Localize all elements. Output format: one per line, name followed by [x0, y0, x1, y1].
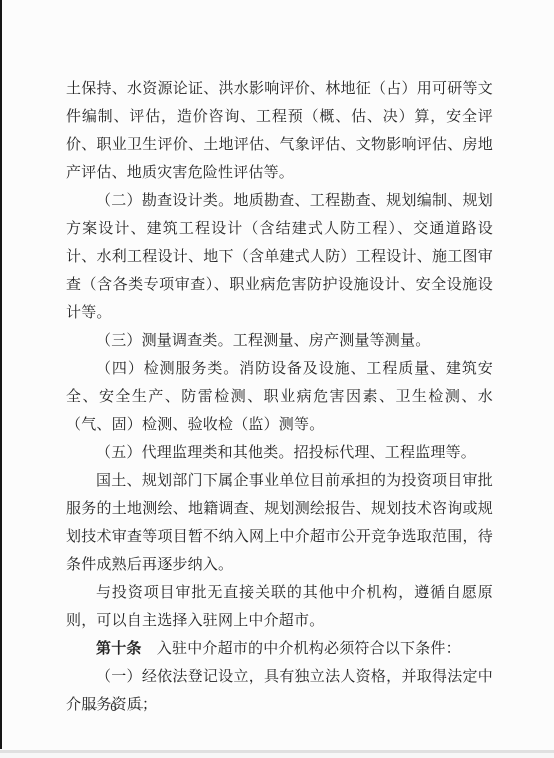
scan-left-edge-line [0, 0, 2, 749]
text-run: 与投资项目审批无直接关联的其他中介机构，遵循自愿原则，可以自主选择入驻网上中介超… [66, 585, 493, 629]
scan-bottom-margin [0, 753, 554, 758]
paragraph: 第十条 入驻中介超市的中介机构必须符合以下条件： [66, 635, 493, 663]
text-run: （五）代理监理类和其他类。招投标代理、工程监理等。 [96, 445, 476, 461]
text-run: 国土、规划部门下属企事业单位目前承担的为投资项目审批服务的土地测绘、地籍调查、规… [66, 473, 493, 573]
paragraph: （四）检测服务类。消防设备及设施、工程质量、建筑安全、安全生产、防雷检测、职业病… [66, 355, 493, 439]
page-number: — 6 — [84, 699, 148, 715]
paragraph: 土保持、水资源论证、洪水影响评价、林地征（占）用可研等文件编制、评估，造价咨询、… [66, 75, 493, 187]
text-run: （四）检测服务类。消防设备及设施、工程质量、建筑安全、安全生产、防雷检测、职业病… [66, 361, 493, 433]
document-body: 土保持、水资源论证、洪水影响评价、林地征（占）用可研等文件编制、评估，造价咨询、… [66, 75, 493, 719]
paragraph: （三）测量调查类。工程测量、房产测量等测量。 [66, 327, 493, 355]
paragraph: 国土、规划部门下属企事业单位目前承担的为投资项目审批服务的土地测绘、地籍调查、规… [66, 467, 493, 579]
paragraph: （五）代理监理类和其他类。招投标代理、工程监理等。 [66, 439, 493, 467]
text-run: （二）勘查设计类。地质勘查、工程勘查、规划编制、规划方案设计、建筑工程设计（含结… [66, 193, 493, 321]
text-run: 土保持、水资源论证、洪水影响评价、林地征（占）用可研等文件编制、评估，造价咨询、… [66, 81, 493, 181]
document-page: 土保持、水资源论证、洪水影响评价、林地征（占）用可研等文件编制、评估，造价咨询、… [0, 0, 554, 758]
text-run: 入驻中介超市的中介机构必须符合以下条件： [142, 641, 461, 657]
paragraph: 与投资项目审批无直接关联的其他中介机构，遵循自愿原则，可以自主选择入驻网上中介超… [66, 579, 493, 635]
text-run: （三）测量调查类。工程测量、房产测量等测量。 [96, 333, 430, 349]
article-heading-run: 第十条 [96, 641, 142, 657]
paragraph: （二）勘查设计类。地质勘查、工程勘查、规划编制、规划方案设计、建筑工程设计（含结… [66, 187, 493, 327]
